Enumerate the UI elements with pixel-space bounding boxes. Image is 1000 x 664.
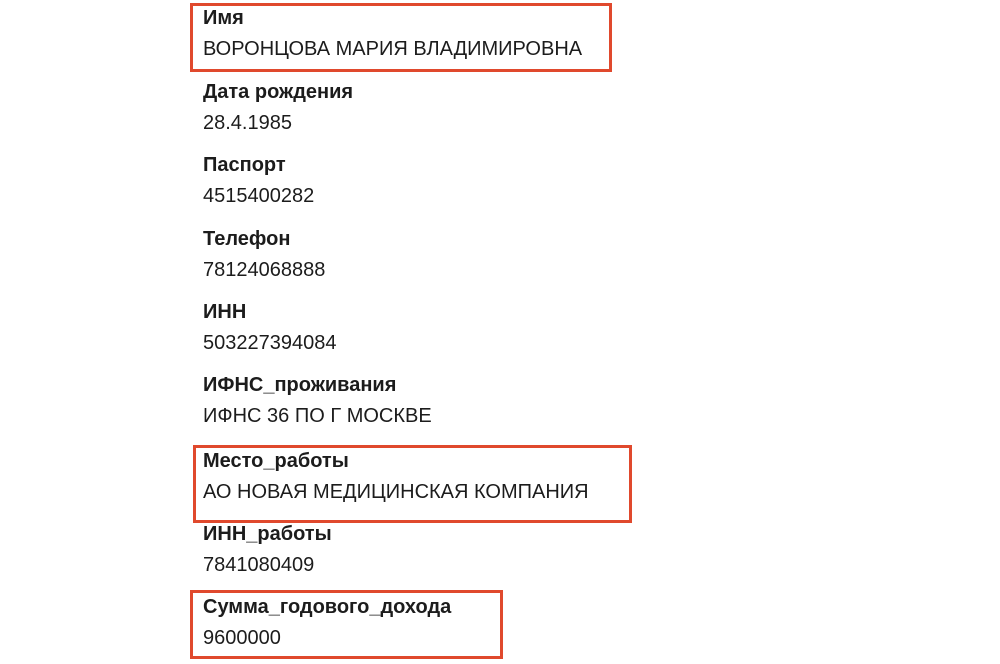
field-birth-date: Дата рождения 28.4.1985	[203, 80, 353, 135]
field-label: ИНН	[203, 300, 336, 324]
field-value: 9600000	[203, 626, 451, 650]
field-label: ИФНС_проживания	[203, 373, 432, 397]
field-value: 503227394084	[203, 331, 336, 355]
field-value: АО НОВАЯ МЕДИЦИНСКАЯ КОМПАНИЯ	[203, 480, 589, 504]
field-name: Имя ВОРОНЦОВА МАРИЯ ВЛАДИМИРОВНА	[203, 6, 582, 61]
field-value: 7841080409	[203, 553, 332, 577]
field-work-inn: ИНН_работы 7841080409	[203, 522, 332, 577]
field-label: Сумма_годового_дохода	[203, 595, 451, 619]
field-label: Место_работы	[203, 449, 589, 473]
field-label: ИНН_работы	[203, 522, 332, 546]
field-label: Имя	[203, 6, 582, 30]
field-label: Телефон	[203, 227, 325, 251]
field-value: 4515400282	[203, 184, 314, 208]
field-value: ВОРОНЦОВА МАРИЯ ВЛАДИМИРОВНА	[203, 37, 582, 61]
field-value: 28.4.1985	[203, 111, 353, 135]
field-label: Дата рождения	[203, 80, 353, 104]
field-phone: Телефон 78124068888	[203, 227, 325, 282]
field-tax-office: ИФНС_проживания ИФНС 36 ПО Г МОСКВЕ	[203, 373, 432, 428]
field-inn: ИНН 503227394084	[203, 300, 336, 355]
field-annual-income: Сумма_годового_дохода 9600000	[203, 595, 451, 650]
field-label: Паспорт	[203, 153, 314, 177]
field-value: ИФНС 36 ПО Г МОСКВЕ	[203, 404, 432, 428]
field-passport: Паспорт 4515400282	[203, 153, 314, 208]
field-workplace: Место_работы АО НОВАЯ МЕДИЦИНСКАЯ КОМПАН…	[203, 449, 589, 504]
field-value: 78124068888	[203, 258, 325, 282]
